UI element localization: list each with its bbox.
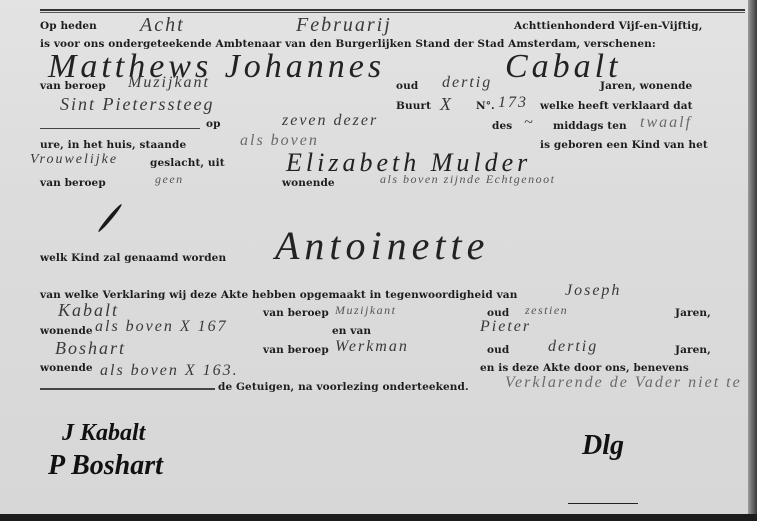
label-jaren-3: Jaren, (675, 307, 711, 319)
hw-witness1-occupation: Muzijkant (335, 303, 397, 318)
hw-declarant-age: dertig (442, 74, 492, 92)
label-en-is-deze: en is deze Akte door ons, benevens (480, 362, 689, 374)
label-op-heden: Op heden (40, 20, 97, 32)
certificate-page: Op heden Acht Februarij Achttienhonderd … (0, 0, 748, 514)
top-rule (40, 9, 745, 13)
label-wonende-2: wonende (282, 177, 335, 189)
hw-witness1-residence: als boven X 167 (95, 318, 228, 336)
label-ure: ure, in het huis, staande (40, 139, 186, 151)
label-geslacht-uit: geslacht, uit (150, 157, 225, 169)
hw-birth-hour: twaalf (640, 114, 692, 132)
label-van-beroep-1: van beroep (40, 80, 106, 92)
hw-mother-occupation: geen (155, 172, 184, 187)
label-wonende-4: wonende (40, 362, 93, 374)
hw-des-mark: ~ (524, 114, 535, 132)
hw-declarant-occupation: Muzijkant (128, 74, 210, 92)
hw-day: Acht (140, 14, 185, 37)
strikethrough-line (40, 388, 215, 390)
page-edge-right (748, 0, 757, 521)
label-middags-ten: middags ten (553, 120, 627, 132)
hw-witness1-first: Joseph (565, 282, 621, 300)
hw-house-no: 173 (498, 94, 528, 112)
label-no: N°. (476, 100, 495, 112)
label-getuigen: de Getuigen, na voorlezing onderteekend. (218, 381, 469, 393)
label-op: op (206, 118, 221, 130)
hw-witness1-age: zestien (525, 303, 568, 318)
hw-witness2-occupation: Werkman (335, 338, 409, 356)
hw-street: Sint Pieterssteeg (60, 94, 214, 115)
label-oud-1: oud (396, 80, 418, 92)
flourish-stroke (97, 203, 123, 233)
signature-witness2: P Boshart (48, 450, 163, 482)
hw-child-sex: Vrouwelijke (30, 152, 118, 168)
label-van-beroep-3: van beroep (263, 307, 329, 319)
hw-mother-residence: als boven zijnde Echtgenoot (380, 172, 555, 187)
label-is-geboren: is geboren een Kind van het (540, 139, 708, 151)
label-des: des (492, 120, 512, 132)
label-en-van: en van (332, 325, 371, 337)
hw-buurt: X (440, 94, 453, 115)
hw-witness2-last: Boshart (55, 338, 126, 359)
label-welk-kind: welk Kind zal genaamd worden (40, 252, 226, 264)
signature-official: Dlg (582, 430, 624, 462)
hw-note: Verklarende de Vader niet te kunnen Schr… (505, 374, 757, 392)
label-oud-4: oud (487, 344, 509, 356)
label-van-beroep-4: van beroep (263, 344, 329, 356)
label-jaren-4: Jaren, (675, 344, 711, 356)
hw-birth-day: zeven dezer (282, 112, 378, 130)
label-van-beroep-2: van beroep (40, 177, 106, 189)
label-wonende-3: wonende (40, 325, 93, 337)
page-edge-bottom (0, 514, 757, 521)
label-year: Achttienhonderd Vijf-en-Vijftig, (514, 20, 702, 32)
hw-witness2-residence: als boven X 163. (100, 362, 239, 380)
blank-line (40, 128, 200, 129)
label-jaren-wonende-1: Jaren, wonende (600, 80, 692, 92)
hw-witness2-first: Pieter (480, 318, 531, 336)
label-welke-heeft: welke heeft verklaard dat (540, 100, 693, 112)
signature-underline (568, 503, 638, 504)
hw-month: Februarij (296, 14, 392, 37)
hw-witness2-age: dertig (548, 338, 598, 356)
hw-child-name: Antoinette (275, 222, 489, 269)
signature-witness1: J Kabalt (62, 420, 145, 447)
label-buurt: Buurt (396, 100, 431, 112)
